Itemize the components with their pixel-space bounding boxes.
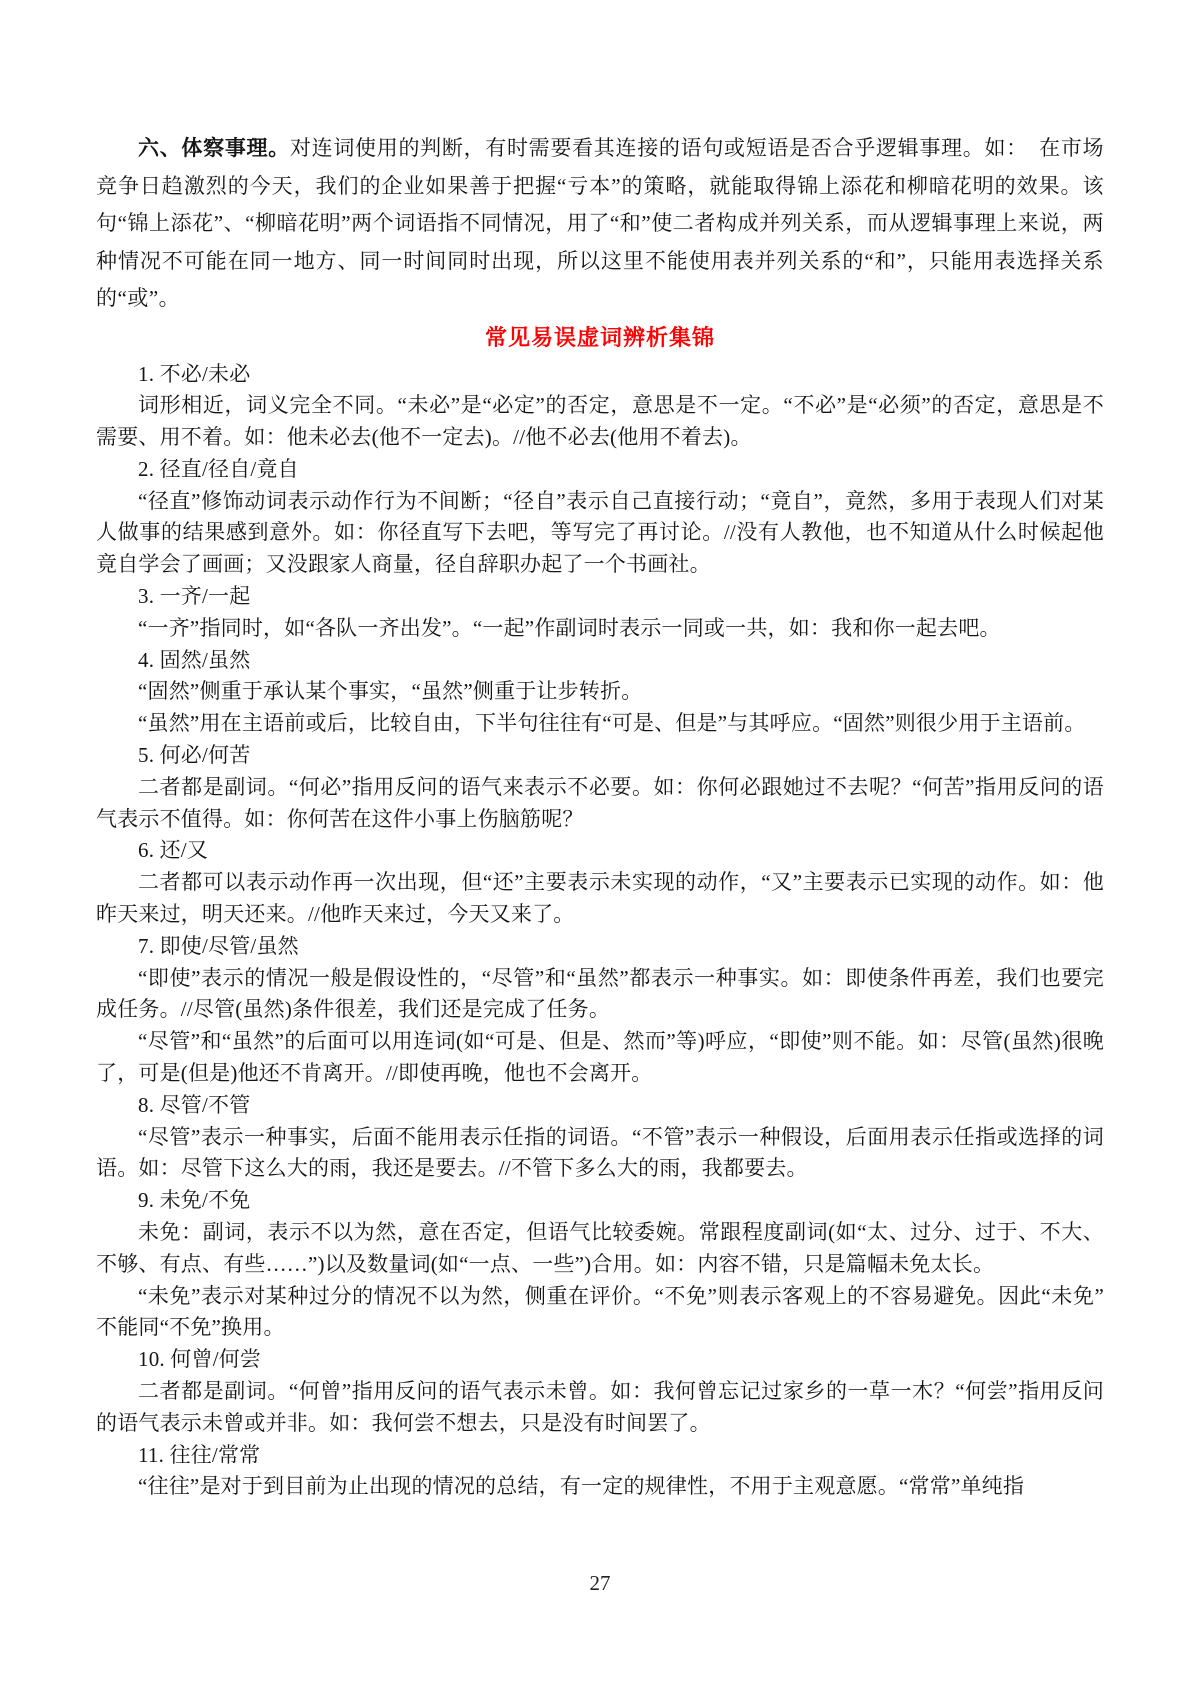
item-heading: 8. 尽管/不管 xyxy=(96,1090,1104,1122)
item-heading: 10. 何曾/何尝 xyxy=(96,1344,1104,1376)
item-heading: 2. 径直/径自/竟自 xyxy=(96,454,1104,486)
item-heading: 11. 往往/常常 xyxy=(96,1440,1104,1472)
item-heading: 9. 未免/不免 xyxy=(96,1185,1104,1217)
item-paragraph: 词形相近，词义完全不同。“未必”是“必定”的否定，意思是不一定。“不必”是“必须… xyxy=(96,390,1104,454)
intro-lead: 六、体察事理。 xyxy=(138,137,290,160)
glossary-item: 5. 何必/何苦 二者都是副词。“何必”指用反问的语气来表示不必要。如：你何必跟… xyxy=(96,740,1104,835)
section-title: 常见易误虚词辨析集锦 xyxy=(96,323,1104,353)
document-page: 六、体察事理。对连词使用的判断，有时需要看其连接的语句或短语是否合乎逻辑事理。如… xyxy=(0,0,1200,1698)
item-heading: 7. 即使/尽管/虽然 xyxy=(96,931,1104,963)
item-paragraph: “未免”表示对某种过分的情况不以为然，侧重在评价。“不免”则表示客观上的不容易避… xyxy=(96,1281,1104,1345)
glossary-items: 1. 不必/未必 词形相近，词义完全不同。“未必”是“必定”的否定，意思是不一定… xyxy=(96,359,1104,1504)
item-heading: 4. 固然/虽然 xyxy=(96,645,1104,677)
item-paragraph: “虽然”用在主语前或后，比较自由，下半句往往有“可是、但是”与其呼应。“固然”则… xyxy=(96,708,1104,740)
item-paragraph: 二者都是副词。“何必”指用反问的语气来表示不必要。如：你何必跟她过不去呢？“何苦… xyxy=(96,772,1104,836)
glossary-item: 10. 何曾/何尝 二者都是副词。“何曾”指用反问的语气表示未曾。如：我何曾忘记… xyxy=(96,1344,1104,1439)
intro-section: 六、体察事理。对连词使用的判断，有时需要看其连接的语句或短语是否合乎逻辑事理。如… xyxy=(96,130,1104,318)
item-heading: 5. 何必/何苦 xyxy=(96,740,1104,772)
glossary-item: 2. 径直/径自/竟自 “径直”修饰动词表示动作行为不间断；“径自”表示自己直接… xyxy=(96,454,1104,581)
glossary-item: 11. 往往/常常 “往往”是对于到目前为止出现的情况的总结，有一定的规律性，不… xyxy=(96,1440,1104,1504)
glossary-item: 9. 未免/不免 未免：副词，表示不以为然，意在否定，但语气比较委婉。常跟程度副… xyxy=(96,1185,1104,1344)
item-paragraph: “即使”表示的情况一般是假设性的，“尽管”和“虽然”都表示一种事实。如：即使条件… xyxy=(96,963,1104,1027)
item-heading: 3. 一齐/一起 xyxy=(96,581,1104,613)
intro-body: 对连词使用的判断，有时需要看其连接的语句或短语是否合乎逻辑事理。如： 在市场竞争… xyxy=(96,136,1104,310)
item-paragraph: “往往”是对于到目前为止出现的情况的总结，有一定的规律性，不用于主观意愿。“常常… xyxy=(96,1471,1104,1503)
item-paragraph: “径直”修饰动词表示动作行为不间断；“径自”表示自己直接行动；“竟自”，竟然，多… xyxy=(96,486,1104,581)
glossary-item: 8. 尽管/不管 “尽管”表示一种事实，后面不能用表示任指的词语。“不管”表示一… xyxy=(96,1090,1104,1185)
item-paragraph: “尽管”和“虽然”的后面可以用连词(如“可是、但是、然而”等)呼应，“即使”则不… xyxy=(96,1026,1104,1090)
glossary-item: 7. 即使/尽管/虽然 “即使”表示的情况一般是假设性的，“尽管”和“虽然”都表… xyxy=(96,931,1104,1090)
intro-paragraph: 六、体察事理。对连词使用的判断，有时需要看其连接的语句或短语是否合乎逻辑事理。如… xyxy=(96,130,1104,318)
glossary-item: 3. 一齐/一起 “一齐”指同时，如“各队一齐出发”。“一起”作副词时表示一同或… xyxy=(96,581,1104,645)
item-paragraph: 未免：副词，表示不以为然，意在否定，但语气比较委婉。常跟程度副词(如“太、过分、… xyxy=(96,1217,1104,1281)
document-content: 六、体察事理。对连词使用的判断，有时需要看其连接的语句或短语是否合乎逻辑事理。如… xyxy=(96,130,1104,1503)
item-heading: 6. 还/又 xyxy=(96,835,1104,867)
glossary-item: 4. 固然/虽然 “固然”侧重于承认某个事实，“虽然”侧重于让步转折。 “虽然”… xyxy=(96,645,1104,740)
item-paragraph: 二者都可以表示动作再一次出现，但“还”主要表示未实现的动作，“又”主要表示已实现… xyxy=(96,867,1104,931)
item-paragraph: “固然”侧重于承认某个事实，“虽然”侧重于让步转折。 xyxy=(96,676,1104,708)
item-heading: 1. 不必/未必 xyxy=(96,359,1104,391)
glossary-item: 1. 不必/未必 词形相近，词义完全不同。“未必”是“必定”的否定，意思是不一定… xyxy=(96,359,1104,454)
glossary-item: 6. 还/又 二者都可以表示动作再一次出现，但“还”主要表示未实现的动作，“又”… xyxy=(96,835,1104,930)
page-number: 27 xyxy=(0,1571,1200,1596)
item-paragraph: “尽管”表示一种事实，后面不能用表示任指的词语。“不管”表示一种假设，后面用表示… xyxy=(96,1122,1104,1186)
item-paragraph: 二者都是副词。“何曾”指用反问的语气表示未曾。如：我何曾忘记过家乡的一草一木？“… xyxy=(96,1376,1104,1440)
item-paragraph: “一齐”指同时，如“各队一齐出发”。“一起”作副词时表示一同或一共，如：我和你一… xyxy=(96,613,1104,645)
